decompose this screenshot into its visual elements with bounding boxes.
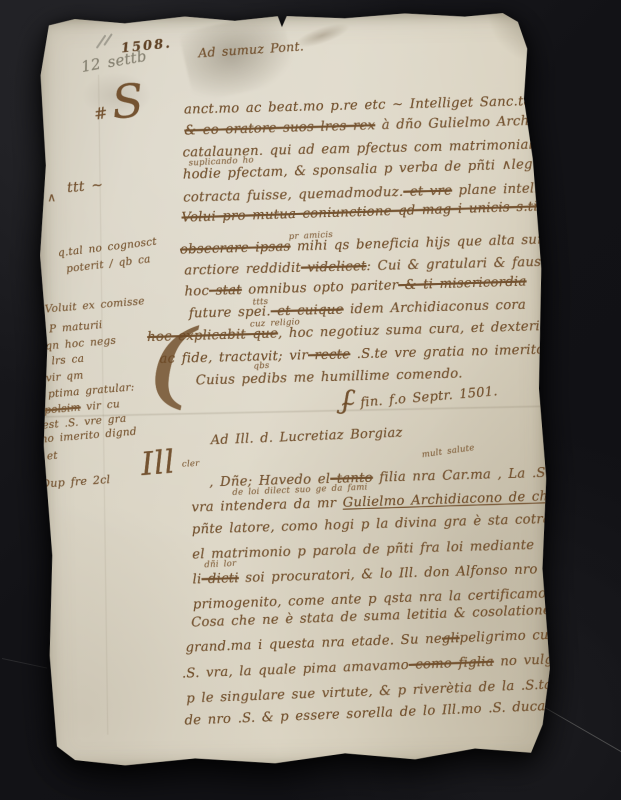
manuscript-line: anct.mo ac beat.mo p.re etc ~ Intelliget… (184, 94, 568, 117)
manuscript-line: arctiore reddidit videlicet: Cui & gratu… (184, 254, 620, 278)
margin-note-dup: Dup fre 2cl (41, 474, 111, 490)
struck-text: & eo oratore suos lres rex (184, 118, 375, 138)
line-text: arctiore reddidit (184, 261, 301, 279)
struck-text: polsim (44, 401, 81, 416)
margin-bracket: ( (143, 318, 203, 412)
line-text: , La .S. (491, 466, 550, 483)
line-text: pñte latore, como hogi p la divina gra è… (192, 511, 573, 537)
margin-note: poterit / qb ca (66, 254, 152, 274)
interlinear-insert: cler (182, 460, 200, 469)
manuscript-line: li dicti soi procuratori, & lo Ill. don … (192, 563, 537, 586)
struck-text: obsecrare ipsas (180, 240, 291, 258)
paper-sheet: 1508. 12 settb Ad sumuz Pont. # S anct.m… (35, 8, 558, 775)
line-text: el matrimonio p parola de pñti fra loi m… (192, 538, 535, 563)
hash-mark: # (93, 105, 109, 123)
manuscript-line: hoc stat omnibus opto pariter & ti miser… (184, 275, 526, 298)
struck-text: dicti (201, 571, 239, 587)
line-text: soi procuratori, & lo Ill. don Alfonso n… (239, 562, 538, 586)
margin-note: Voluit ex comisse (44, 296, 145, 315)
manuscript-line: .S. vra, la quale pima amavamo como figl… (182, 652, 599, 681)
manuscript-line: Cuius pedibs me humillime comendo. (196, 367, 463, 387)
line-text: .S.te vre gratia no imerito dignus. (350, 341, 602, 362)
line-text: Cuius pedibs me humillime comendo. (196, 366, 463, 388)
line-text: omnibus opto pariter (242, 278, 399, 298)
line-text: , hoc negotiuz suma cura, et dexteritate… (278, 318, 572, 341)
dateline: ~ fin. f.o Septr. 1501. (339, 382, 498, 414)
manuscript-line: grand.ma i questa nra etade. Su neglipel… (185, 628, 568, 655)
struck-text: gli (442, 631, 460, 647)
line-text: mihi qs beneficia hijs que alta sunt fec… (290, 231, 603, 255)
line-text: filia nra Car.ma (373, 467, 492, 485)
margin-note: P maturii (49, 320, 103, 335)
margin-note: vir qm (45, 370, 84, 384)
manuscript-line: el matrimonio p parola de pñti fra loi m… (192, 539, 534, 562)
line-text: plane intelligemus. (452, 180, 593, 199)
margin-caret: ∧ (47, 191, 56, 203)
margin-note: qn hoc negs (45, 336, 117, 352)
letter2-initial: Ill (140, 447, 176, 479)
manuscript-page: 1508. 12 settb Ad sumuz Pont. # S anct.m… (35, 8, 558, 775)
line-text: hoc (184, 284, 209, 300)
letter2-heading: Ad Ill. d. Lucretiaz Borgiaz (210, 426, 402, 447)
manuscript-line: & eo oratore suos lres rex à dño Gulielm… (184, 113, 588, 137)
line-text: : Cui & gratulari & faustos ac filijs (366, 253, 620, 274)
line-text: .S. vra, la quale pima amavamo (182, 658, 410, 682)
struck-text: como figlia (409, 655, 495, 673)
struck-text: videlicet (301, 259, 367, 276)
backdrop-scratch-line (2, 658, 47, 669)
manuscript-line: future spei. et cuique idem Archidiaconu… (189, 299, 527, 321)
manuscript-line: pñte latore, como hogi p la divina gra è… (192, 512, 573, 536)
letter1-heading: Ad sumuz Pont. (198, 40, 305, 59)
struck-text: recte (308, 347, 351, 363)
line-text: cia (565, 465, 586, 481)
margin-note: lrs ca (51, 354, 85, 367)
interlinear-insert: dñi lor (204, 560, 236, 570)
struck-text: et cuique (271, 302, 344, 319)
line-text: cotracta fuisse, quemadmoduz. (183, 185, 403, 206)
letter1-initial: S (110, 80, 145, 124)
line-text: grand.ma i questa nra etade. Su ne (185, 632, 442, 656)
line-text: à dño Gulielmo Archidiacono (375, 112, 588, 133)
struck-text: et vre (403, 184, 452, 200)
line-text: vra intendera da mr (191, 496, 343, 516)
manuscript-line: obsecrare ipsas mihi qs beneficia hijs q… (180, 232, 604, 257)
dateline-text: fin. f.o Septr. 1501. (360, 384, 498, 410)
margin-note: ptima gratular: (48, 382, 135, 400)
line-text: no vulgarm.te (494, 651, 599, 670)
pencil-date-note: 12 settb (80, 49, 148, 75)
struck-text: & ti misericordia (398, 274, 527, 293)
dateline-swash: ~ (339, 392, 355, 415)
manuscript-line: hoc explicabit que, hoc negotiuz suma cu… (147, 319, 572, 344)
line-text: li (192, 572, 201, 587)
manuscript-line: ac fide, tractavit; vir recte .S.te vre … (159, 342, 602, 366)
margin-note: et (46, 451, 58, 462)
photo-stage: 1508. 12 settb Ad sumuz Pont. # S anct.m… (0, 0, 621, 800)
line-text: idem Archidiaconus cora (343, 298, 526, 318)
line-text: peligrimo cu la (459, 627, 568, 646)
corner-curl-shadow (459, 8, 546, 93)
struck-text: stat (209, 283, 242, 299)
interlinear-insert: mult salute (421, 444, 475, 460)
interlinear-insert: qbs (253, 362, 269, 371)
underlined-text: Gulielmo Archidiacono de chalon (343, 488, 578, 510)
line-text: vir cu (80, 398, 120, 413)
margin-note: ttt ~ (67, 178, 104, 195)
